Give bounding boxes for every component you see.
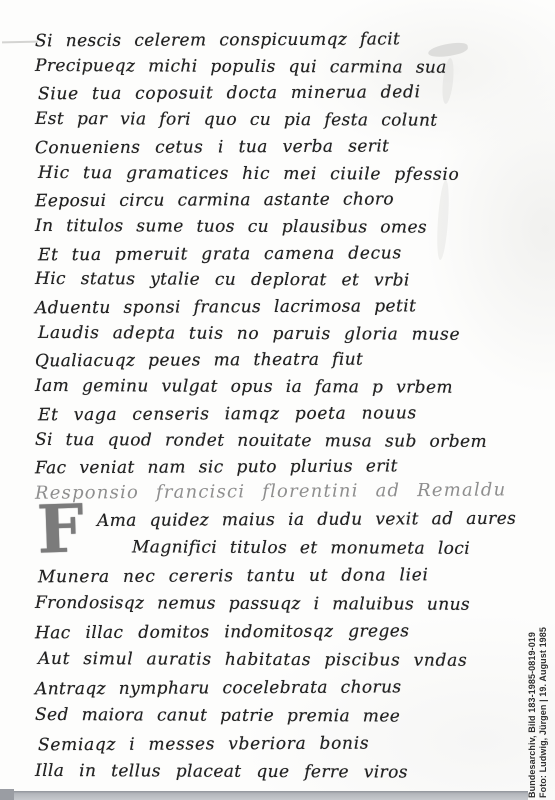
manuscript-line: Conueniens cetus i tua verba serit xyxy=(35,133,527,162)
manuscript-photo: Si nescis celerem conspicuumqz facit Pre… xyxy=(0,0,555,800)
manuscript-line: Hic tua gramatices hic mei ciuile pfessi… xyxy=(38,159,527,188)
manuscript-line: Si tua quod rondet nouitate musa sub orb… xyxy=(35,426,527,455)
manuscript-line: Si nescis celerem conspicuumqz facit xyxy=(35,26,527,55)
manuscript-line: Est par via fori quo cu pia festa colunt xyxy=(35,106,527,135)
manuscript-line: Eeposui circu carmina astante choro xyxy=(35,186,527,215)
manuscript-line: Qualiacuqz peues ma theatra fiut xyxy=(35,346,527,375)
manuscript-line: Magnifici titulos et monumeta loci xyxy=(35,533,527,563)
archive-caption-line1: Bundesarchiv, Bild 183-1985-0819-019 xyxy=(527,583,538,798)
manuscript-line: Munera nec cereris tantu ut dona liei xyxy=(38,561,527,592)
manuscript-line: Aut simul auratis habitatas piscibus vnd… xyxy=(38,645,527,675)
paper-crease xyxy=(2,41,38,44)
manuscript-line: Hac illac domitos indomitosqz greges xyxy=(35,617,527,648)
manuscript-line: Sed maiora canut patrie premia mee xyxy=(35,701,527,731)
scan-edge-band xyxy=(0,791,528,800)
verse-block-1: Si nescis celerem conspicuumqz facit Pre… xyxy=(35,27,527,481)
manuscript-line: Ama quidez maius ia dudu vexit ad aures xyxy=(35,505,527,536)
manuscript-line: Siue tua coposuit docta minerua dedi xyxy=(38,79,527,108)
manuscript-line: Antraqz nympharu cocelebrata chorus xyxy=(35,673,527,704)
manuscript-line: Illa in tellus placeat que ferre viros xyxy=(35,757,527,787)
manuscript-line: Iam geminu vulgat opus ia fama p vrbem xyxy=(35,373,527,402)
archive-caption: Bundesarchiv, Bild 183-1985-0819-019 Fot… xyxy=(527,583,548,798)
manuscript-line: In titulos sume tuos cu plausibus omes xyxy=(35,213,527,242)
rubric-heading: Responsio francisci florentini ad Remald… xyxy=(35,477,535,506)
manuscript-line: Semiaqz i messes vberiora bonis xyxy=(38,729,527,760)
manuscript-line: Hic status ytalie cu deplorat et vrbi xyxy=(35,266,527,295)
archive-caption-line2: Foto: Ludwig, Jürgen | 19. August 1985 xyxy=(538,583,549,798)
manuscript-line: Precipueqz michi populis qui carmina sua xyxy=(35,53,527,82)
manuscript-line: Et vaga censeris iamqz poeta nouus xyxy=(38,400,527,429)
manuscript-line: Aduentu sponsi francus lacrimosa petit xyxy=(35,293,527,322)
verse-block-2: Ama quidez maius ia dudu vexit ad aures … xyxy=(35,506,527,786)
manuscript-line: Laudis adepta tuis no paruis gloria muse xyxy=(38,320,527,349)
manuscript-line: Et tua pmeruit grata camena decus xyxy=(38,239,527,268)
manuscript-line: Frondosisqz nemus passuqz i maluibus unu… xyxy=(35,589,527,619)
